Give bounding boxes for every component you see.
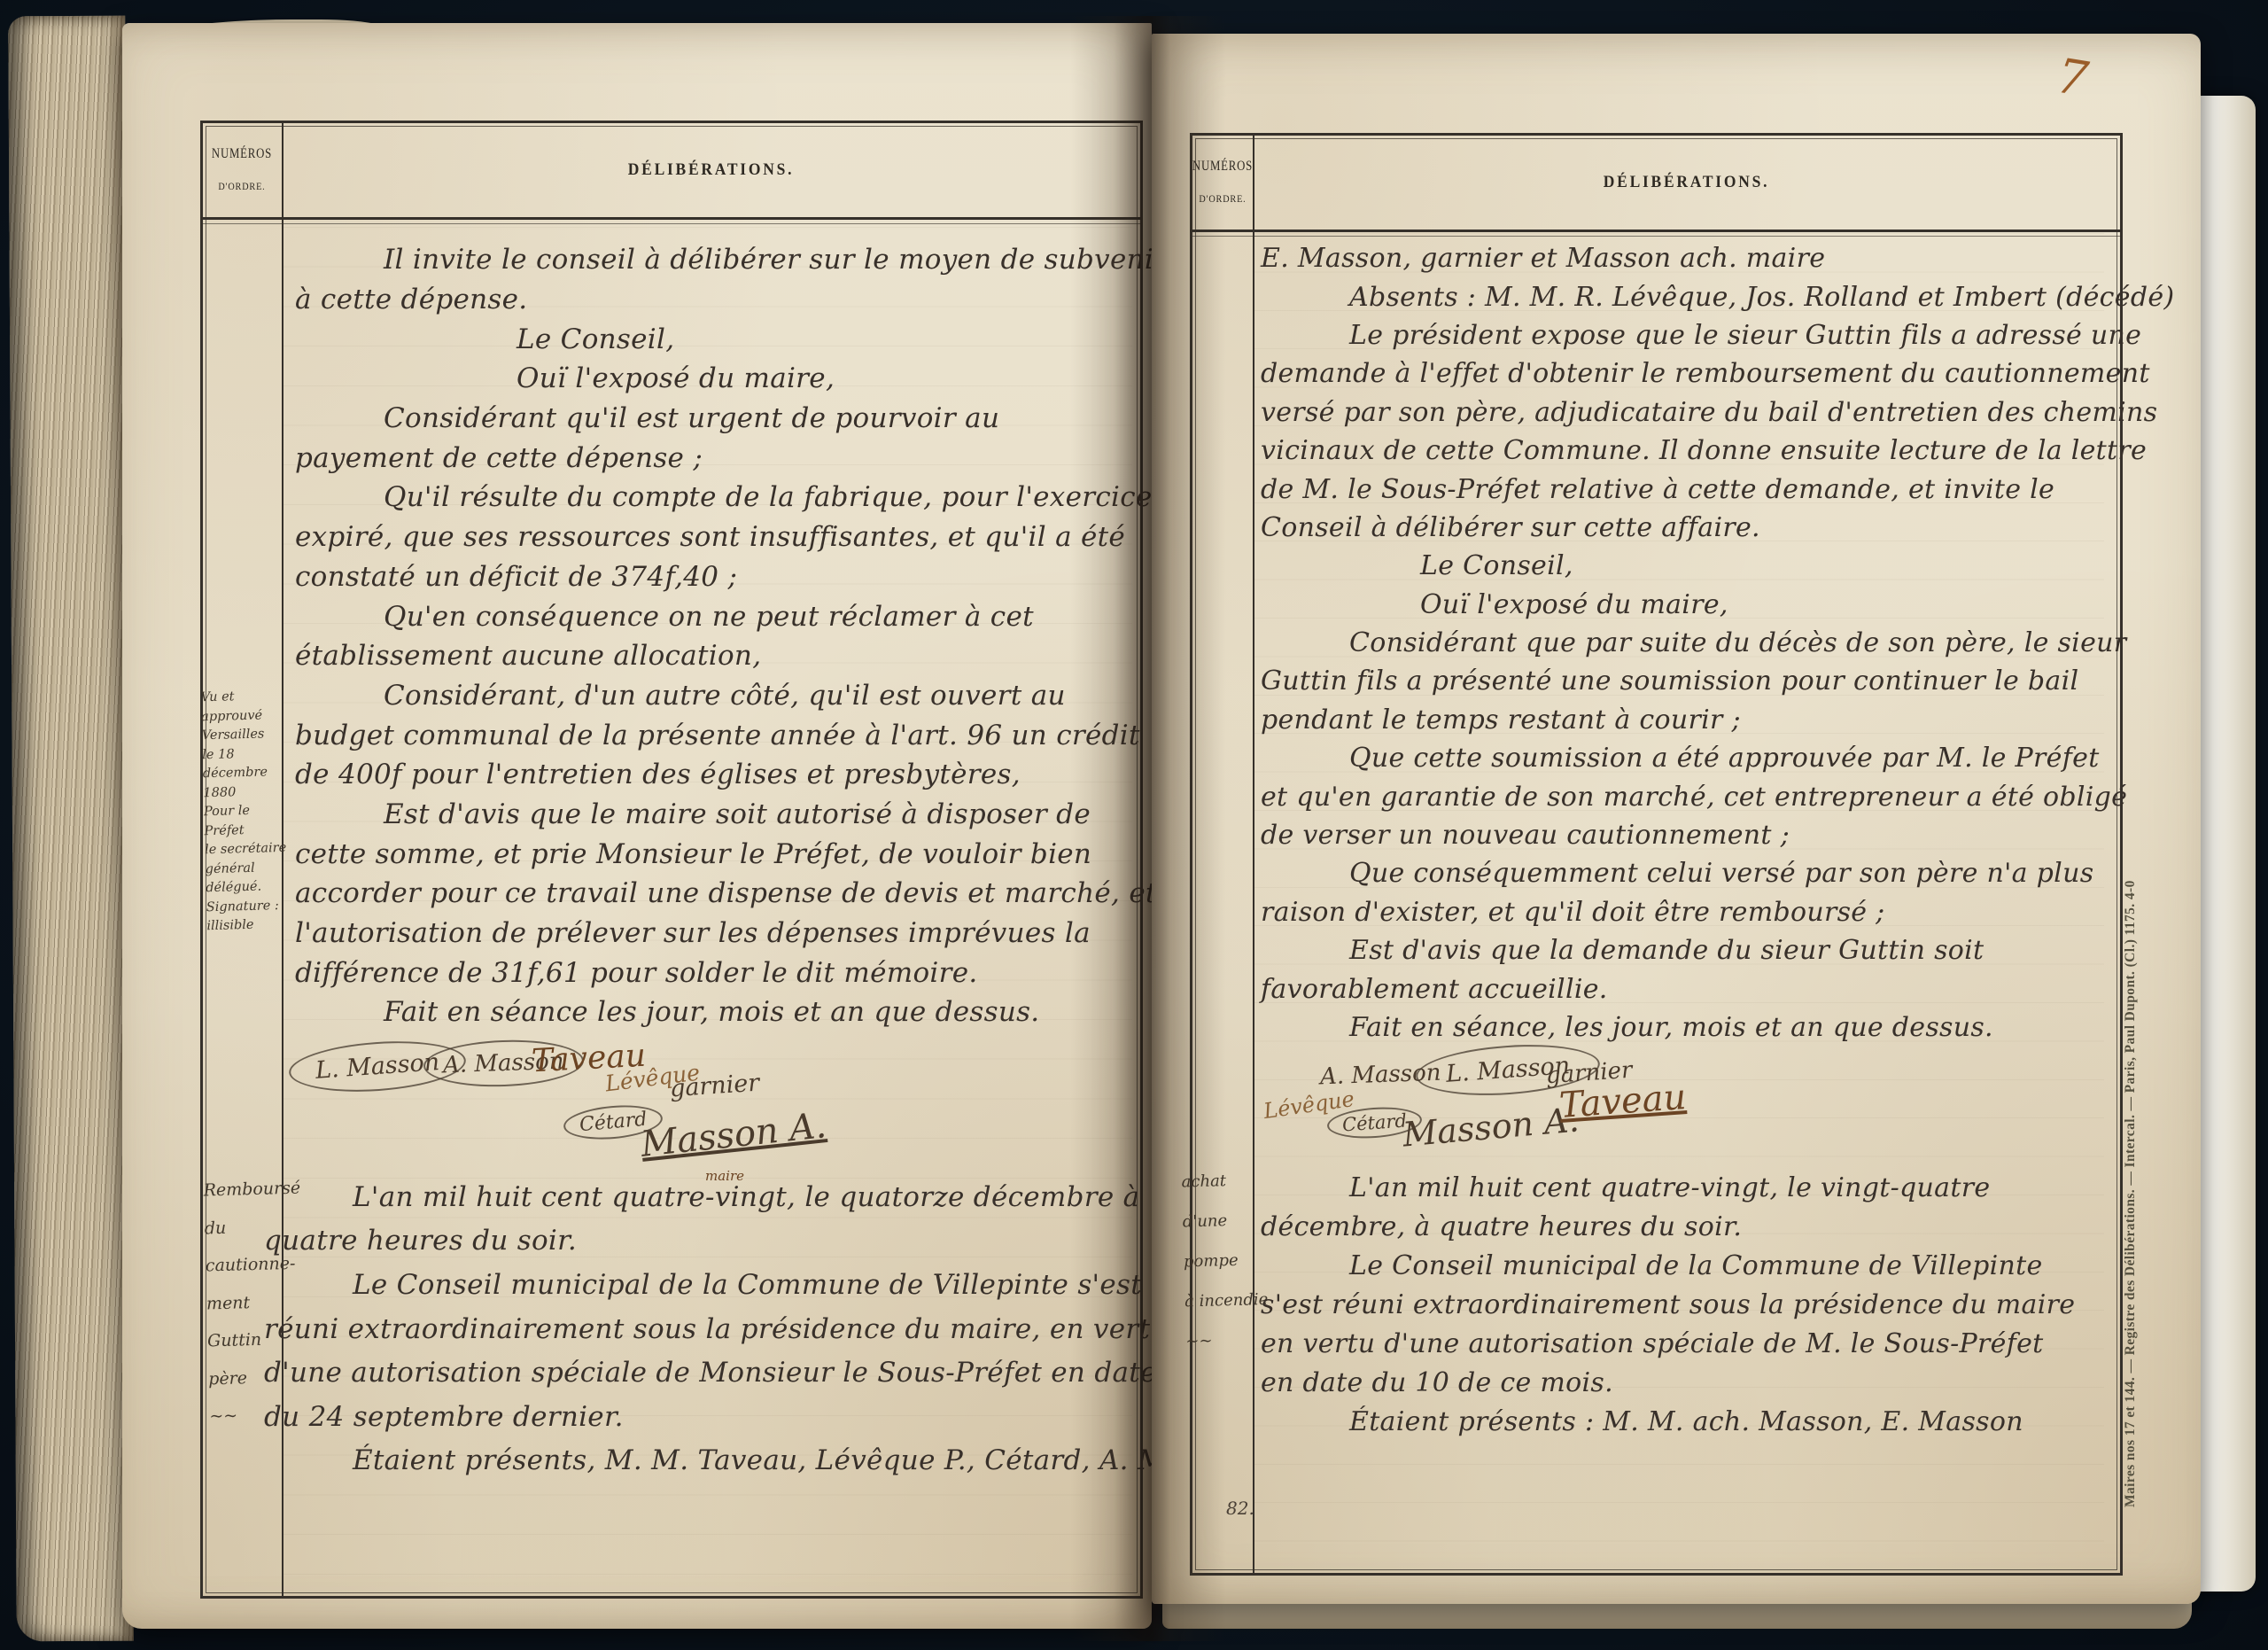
manuscript-line: à cette dépense.	[295, 280, 1141, 320]
margin-note-line: général délégué.	[205, 858, 291, 898]
manuscript-line: pendant le temps restant à courir ;	[1261, 701, 2111, 739]
manuscript-line: Le Conseil,	[1261, 547, 2111, 585]
manuscript-line: décembre, à quatre heures du soir.	[1261, 1207, 2111, 1246]
left-page: NUMÉROS D'ORDRE. DÉLIBÉRATIONS. Vu et ap…	[122, 23, 1152, 1629]
manuscript-line: Qu'il résulte du compte de la fabrique, …	[295, 478, 1141, 518]
manuscript-line: Étaient présents : M. M. ach. Masson, E.…	[1261, 1402, 2111, 1441]
manuscript-line: l'autorisation de prélever sur les dépen…	[295, 914, 1141, 953]
manuscript-line: versé par son père, adjudicataire du bai…	[1261, 393, 2111, 432]
header-rule	[1192, 230, 2120, 237]
manuscript-line: cette somme, et prie Monsieur le Préfet,…	[295, 834, 1141, 874]
deliberation-text-block-2: L'an mil huit cent quatre-vingt, le ving…	[1261, 1168, 2111, 1441]
manuscript-line: Est d'avis que le maire soit autorisé à …	[295, 795, 1141, 835]
manuscript-line: et qu'en garantie de son marché, cet ent…	[1261, 777, 2111, 815]
manuscript-line: du 24 septembre dernier.	[264, 1395, 1141, 1439]
manuscript-line: Considérant que par suite du décès de so…	[1261, 624, 2111, 662]
register-book-scan: NUMÉROS D'ORDRE. DÉLIBÉRATIONS. Vu et ap…	[0, 0, 2268, 1650]
book-fore-edge-left	[8, 16, 134, 1642]
manuscript-line: en vertu d'une autorisation spéciale de …	[1261, 1324, 2111, 1363]
column-header-deliberations: DÉLIBÉRATIONS.	[316, 160, 1106, 180]
manuscript-line: raison d'exister, et qu'il doit être rem…	[1261, 893, 2111, 931]
manuscript-line: Que cette soumission a été approuvée par…	[1261, 739, 2111, 777]
manuscript-line: constaté un déficit de 374f,40 ;	[295, 557, 1141, 597]
manuscript-line: budget communal de la présente année à l…	[295, 715, 1141, 755]
manuscript-line: établissement aucune allocation,	[295, 636, 1141, 676]
manuscript-line: Ouï l'exposé du maire,	[295, 359, 1141, 399]
manuscript-line: Considérant, d'un autre côté, qu'il est …	[295, 676, 1141, 716]
manuscript-line: Que conséquemment celui versé par son pè…	[1261, 854, 2111, 892]
margin-note-line: 1880	[203, 782, 289, 803]
manuscript-line: Fait en séance, les jour, mois et an que…	[1261, 1008, 2111, 1047]
margin-note-line: Vu et approuvé	[200, 687, 286, 727]
margin-note-line: Pour le Préfet	[204, 801, 290, 841]
column-header-numeros: NUMÉROS	[208, 146, 276, 162]
deliberation-text-block: E. Masson, garnier et Masson ach. maireA…	[1261, 239, 2111, 1047]
manuscript-line: en date du 10 de ce mois.	[1261, 1363, 2111, 1402]
printer-imprint-vertical: Maires nos 17 et 144. — Registre des Dél…	[2123, 829, 2146, 1558]
manuscript-line: Absents : M. M. R. Lévêque, Jos. Rolland…	[1261, 277, 2111, 315]
manuscript-line: Considérant qu'il est urgent de pourvoir…	[295, 399, 1141, 439]
manuscript-line: Guttin fils a présenté une soumission po…	[1261, 662, 2111, 700]
manuscript-line: différence de 31f,61 pour solder le dit …	[295, 953, 1141, 992]
margin-note-line: le secrétaire	[205, 839, 291, 860]
manuscript-line: réuni extraordinairement sous la préside…	[264, 1307, 1141, 1351]
manuscript-line: Ouï l'exposé du maire,	[1261, 586, 2111, 624]
manuscript-line: Il invite le conseil à délibérer sur le …	[295, 240, 1141, 280]
column-header-ordre: D'ORDRE.	[206, 180, 278, 193]
manuscript-line: Le Conseil municipal de la Commune de Vi…	[1261, 1246, 2111, 1285]
manuscript-line: vicinaux de cette Commune. Il donne ensu…	[1261, 432, 2111, 470]
manuscript-line: Qu'en conséquence on ne peut réclamer à …	[295, 596, 1141, 636]
deliberation-text-block: Il invite le conseil à délibérer sur le …	[295, 240, 1141, 1032]
manuscript-line: E. Masson, garnier et Masson ach. maire	[1261, 239, 2111, 277]
column-header-deliberations: DÉLIBÉRATIONS.	[1287, 173, 2085, 192]
margin-note-line: Signature : illisible	[206, 896, 292, 936]
manuscript-line: accorder pour ce travail une dispense de…	[295, 874, 1141, 914]
margin-note-line: Versailles	[201, 725, 287, 746]
manuscript-line: expiré, que ses ressources sont insuffis…	[295, 518, 1141, 557]
manuscript-line: demande à l'effet d'obtenir le rembourse…	[1261, 354, 2111, 393]
manuscript-line: L'an mil huit cent quatre-vingt, le quat…	[264, 1175, 1141, 1219]
column-header-ordre: D'ORDRE.	[1190, 192, 1256, 206]
sheet-number: 82.	[1226, 1498, 1254, 1519]
right-page: NUMÉROS D'ORDRE. DÉLIBÉRATIONS. achatd'u…	[1152, 34, 2201, 1604]
margin-note-prefect-approval: Vu et approuvéVersaillesle 18 décembre18…	[200, 687, 291, 937]
manuscript-line: Étaient présents, M. M. Taveau, Lévêque …	[264, 1439, 1141, 1483]
manuscript-line: de 400f pour l'entretien des églises et …	[295, 755, 1141, 795]
manuscript-line: Le président expose que le sieur Guttin …	[1261, 316, 2111, 354]
manuscript-line: Est d'avis que la demande du sieur Gutti…	[1261, 931, 2111, 969]
manuscript-line: quatre heures du soir.	[264, 1219, 1141, 1264]
manuscript-line: payement de cette dépense ;	[295, 438, 1141, 478]
manuscript-line: Le Conseil,	[295, 319, 1141, 359]
header-rule	[203, 217, 1140, 224]
manuscript-line: favorablement accueillie.	[1261, 969, 2111, 1008]
manuscript-line: Le Conseil municipal de la Commune de Vi…	[264, 1263, 1141, 1307]
manuscript-line: Fait en séance les jour, mois et an que …	[295, 992, 1141, 1032]
manuscript-line: L'an mil huit cent quatre-vingt, le ving…	[1261, 1168, 2111, 1207]
manuscript-line: d'une autorisation spéciale de Monsieur …	[264, 1350, 1141, 1395]
column-header-numeros: NUMÉROS	[1192, 159, 1254, 175]
manuscript-line: s'est réuni extraordinairement sous la p…	[1261, 1285, 2111, 1324]
manuscript-line: de verser un nouveau cautionnement ;	[1261, 816, 2111, 854]
margin-note-line: le 18 décembre	[202, 743, 288, 783]
deliberation-text-block-2: L'an mil huit cent quatre-vingt, le quat…	[264, 1175, 1141, 1483]
manuscript-line: Conseil à délibérer sur cette affaire.	[1261, 509, 2111, 547]
manuscript-line: de M. le Sous-Préfet relative à cette de…	[1261, 470, 2111, 508]
